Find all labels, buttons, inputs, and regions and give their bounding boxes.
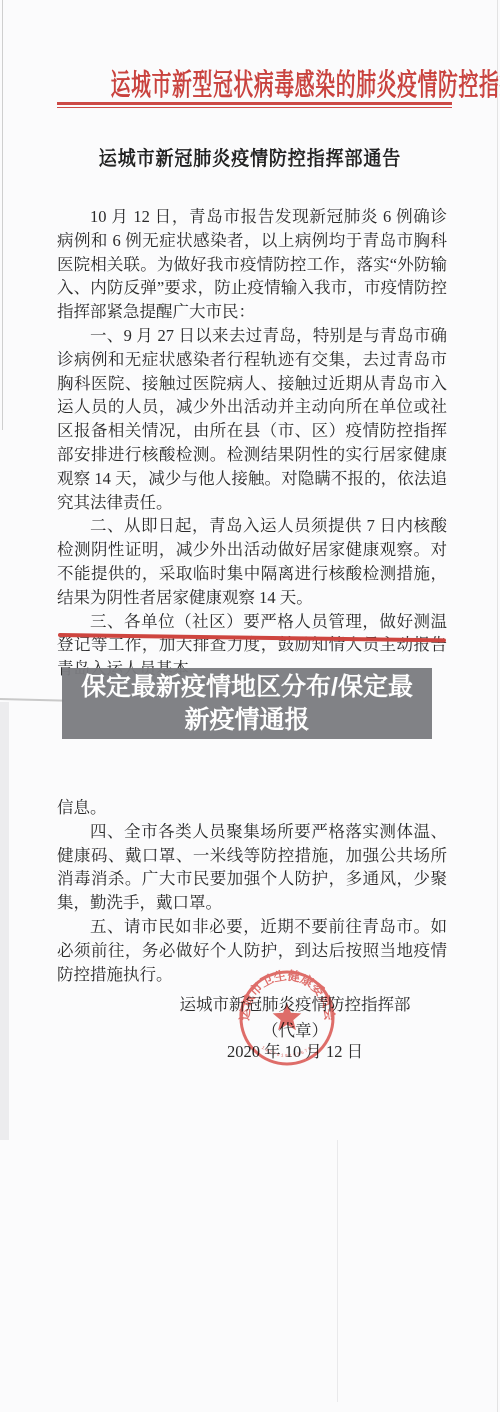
svg-text:1427010151678: 1427010151678	[260, 1045, 314, 1059]
paragraph: 一、9 月 27 日以来去过青岛，特别是与青岛市确诊病例和无症状感染者行程轨迹有…	[57, 324, 447, 514]
letterhead-title: 运城市新型冠状病毒感染的肺炎疫情防控指挥部	[0, 60, 500, 104]
letterhead-rule-thin	[57, 107, 452, 108]
paragraph-continuation: 信息。	[57, 796, 447, 820]
overlay-title-banner: 保定最新疫情地区分布/保定最新疫情通报	[62, 668, 432, 739]
letterhead-title-text: 运城市新型冠状病毒感染的肺炎疫情防控指挥部	[111, 60, 500, 104]
seal-star-icon	[273, 1003, 302, 1030]
notice-title: 运城市新冠肺炎疫情防控指挥部通告	[0, 142, 500, 171]
scan-edge-right	[497, 0, 498, 1412]
paragraph: 10 月 12 日，青岛市报告发现新冠肺炎 6 例确诊病例和 6 例无症状感染者…	[57, 205, 447, 324]
body-page1: 10 月 12 日，青岛市报告发现新冠肺炎 6 例确诊病例和 6 例无症状感染者…	[57, 205, 447, 681]
letterhead-rule-thick	[57, 102, 452, 105]
notice-title-text: 运城市新冠肺炎疫情防控指挥部通告	[99, 142, 401, 171]
overlay-title-text: 保定最新疫情地区分布/保定最新疫情通报	[62, 671, 432, 737]
page-break-line	[0, 698, 64, 702]
letterhead-rule	[57, 102, 452, 108]
scan-fold-line	[337, 1140, 338, 1402]
paragraph: 四、全市各类人员聚集场所要严格落实测体温、健康码、戴口罩、一米线等防控措施，加强…	[57, 820, 447, 915]
seal-serial-text: 1427010151678	[260, 1045, 314, 1059]
official-seal: 运城市卫生健康委员会 1427010151678	[227, 958, 347, 1078]
paragraph: 二、从即日起，青岛入运人员须提供 7 日内核酸检测阴性证明，减少外出活动做好居家…	[57, 514, 447, 609]
scan-left-strip	[0, 702, 9, 1140]
